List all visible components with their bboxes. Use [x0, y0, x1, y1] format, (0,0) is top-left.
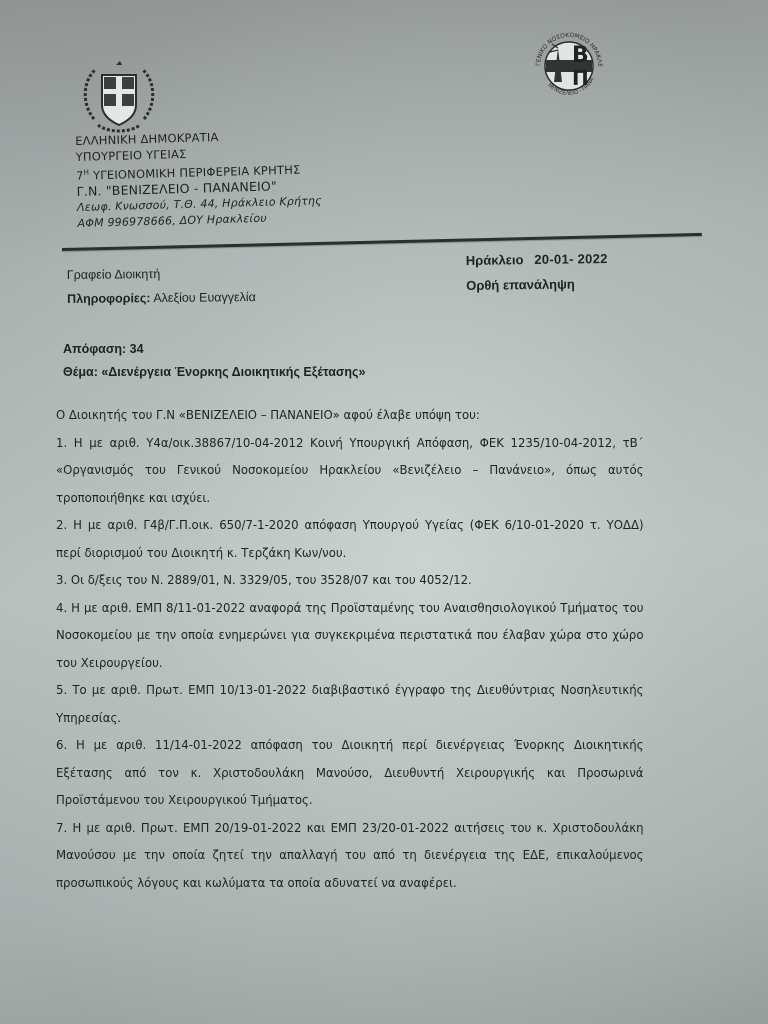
svg-text:Π: Π	[572, 66, 589, 90]
sender-info: Γραφείο Διοικητή Πληροφορίες: Αλεξίου Ευ…	[67, 261, 256, 311]
list-item: 6. Η με αριθ. 11/14-01-2022 απόφαση του …	[56, 732, 644, 815]
list-item: 3. Οι δ/ξεις του Ν. 2889/01, Ν. 3329/05,…	[56, 567, 644, 595]
letterhead: ΕΛΛΗΝΙΚΗ ΔΗΜΟΚΡΑΤΙΑ ΥΠΟΥΡΓΕΙΟ ΥΓΕΙΑΣ 7Η …	[75, 124, 398, 232]
list-item: 1. Η με αριθ. Υ4α/οικ.38867/10-04-2012 Κ…	[56, 430, 644, 513]
document-body: Ο Διοικητής του Γ.Ν «ΒΕΝΙΖΕΛΕΙΟ – ΠΑΝΑΝΕ…	[56, 402, 644, 897]
hospital-logo-icon: ΓΕΝΙΚΟ ΝΟΣΟΚΟΜΕΙΟ ΗΡΑΚΛΕΙΟΥ ΒΕΝΙΖΕΛΕΙΟ -…	[528, 22, 610, 104]
list-item: 5. Το με αριθ. Πρωτ. ΕΜΠ 10/13-01-2022 δ…	[56, 677, 644, 732]
list-item: 4. Η με αριθ. ΕΜΠ 8/11-01-2022 αναφορά τ…	[56, 595, 644, 678]
document-page: ΕΛΛΗΝΙΚΗ ΔΗΜΟΚΡΑΤΙΑ ΥΠΟΥΡΓΕΙΟ ΥΓΕΙΑΣ 7Η …	[0, 0, 768, 1024]
coat-of-arms-icon	[80, 57, 158, 137]
info-line: Πληροφορίες: Αλεξίου Ευαγγελία	[67, 285, 256, 311]
office-label: Γραφείο Διοικητή	[67, 261, 256, 287]
decision-header: Απόφαση: 34 Θέμα: «Διενέργεια Ένορκης Δι…	[63, 338, 366, 384]
list-item: 2. Η με αριθ. Γ4β/Γ.Π.οικ. 650/7-1-2020 …	[56, 512, 644, 567]
date-block: Ηράκλειο 20-01- 2022 Ορθή επανάληψη	[466, 246, 609, 298]
place-date: Ηράκλειο 20-01- 2022	[466, 246, 608, 273]
decision-number: Απόφαση: 34	[63, 338, 366, 361]
correction-note: Ορθή επανάληψη	[466, 271, 608, 298]
decision-subject: Θέμα: «Διενέργεια Ένορκης Διοικητικής Εξ…	[63, 361, 366, 384]
list-item: 7. Η με αριθ. Πρωτ. ΕΜΠ 20/19-01-2022 κα…	[56, 815, 644, 898]
svg-text:B: B	[572, 43, 589, 68]
intro-text: Ο Διοικητής του Γ.Ν «ΒΕΝΙΖΕΛΕΙΟ – ΠΑΝΑΝΕ…	[56, 402, 644, 430]
